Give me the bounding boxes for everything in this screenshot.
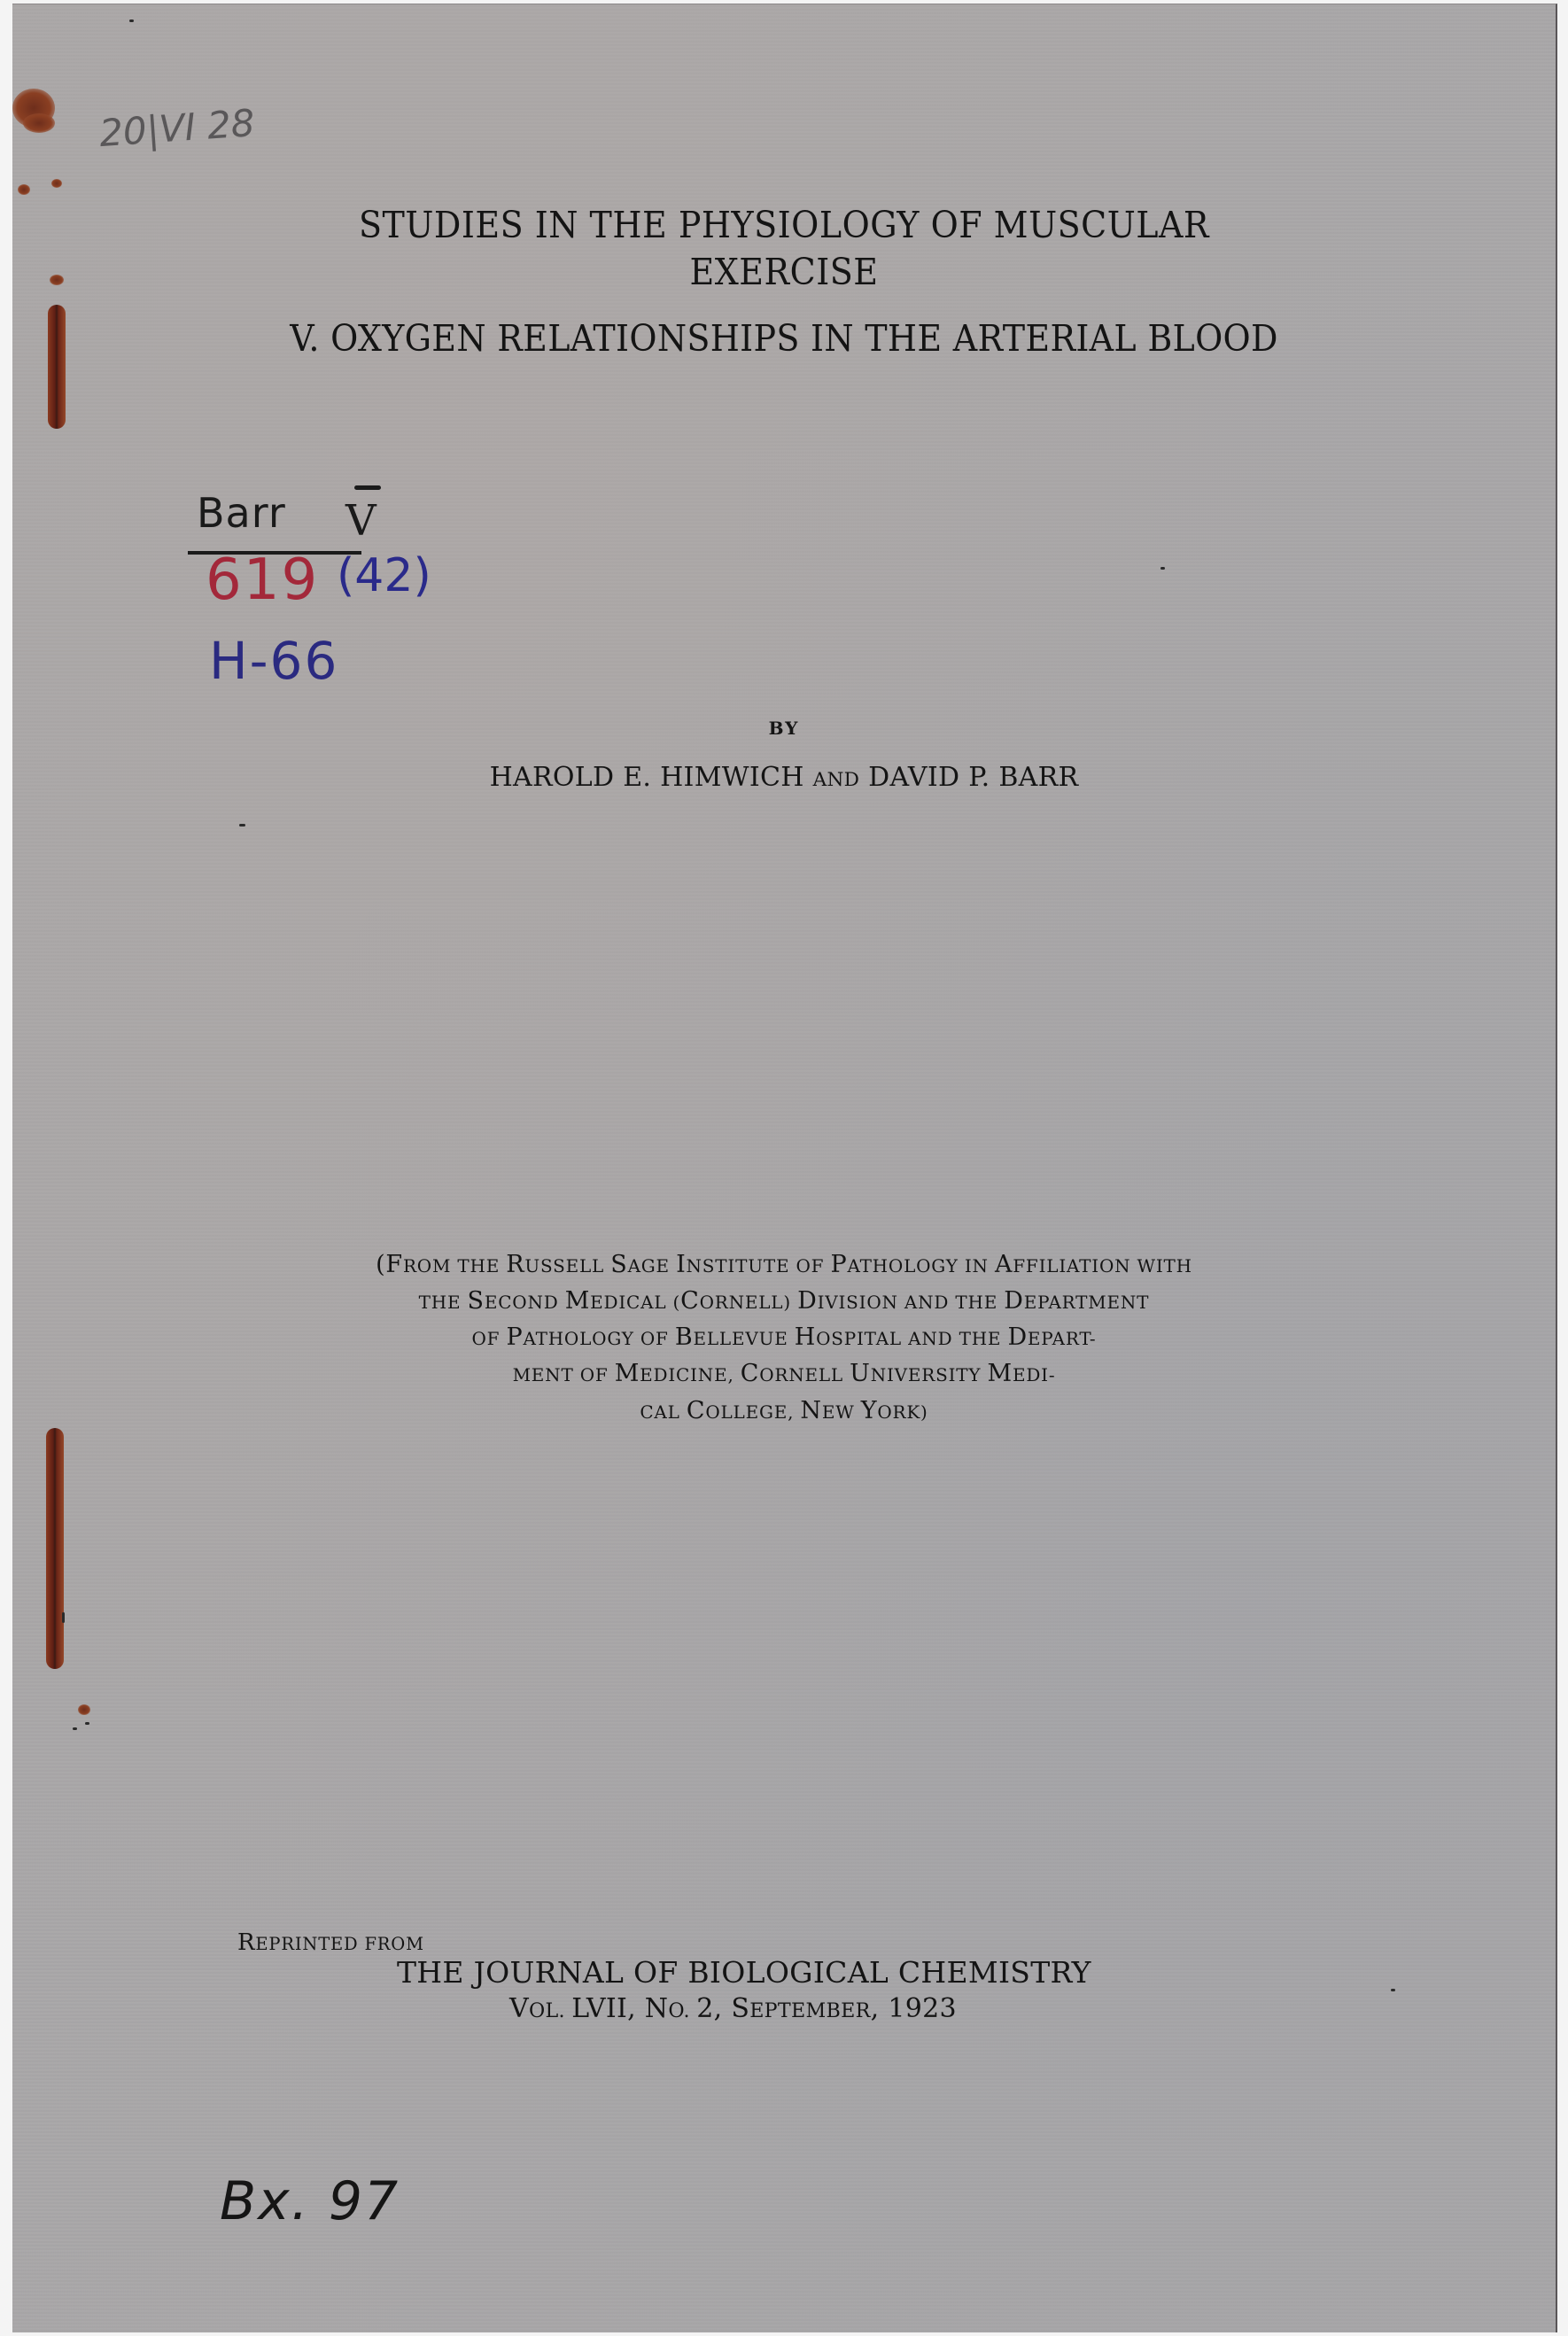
rust-stain <box>51 179 62 188</box>
speck <box>62 1612 65 1623</box>
class-number: 619 <box>206 547 319 613</box>
rusted-staple <box>46 1428 64 1669</box>
box-number-annotation: Bx. 97 <box>220 2170 400 2232</box>
rust-stain <box>23 113 55 133</box>
affiliation-line: THE SECOND MEDICAL (CORNELL) DIVISION AN… <box>0 1287 1568 1315</box>
reprinted-from-label: REPRINTED FROM <box>237 1929 424 1956</box>
class-subdivision-annotation: (42) <box>337 549 431 602</box>
author-1: HAROLD E. HIMWICH <box>490 762 804 793</box>
speck <box>1391 1989 1395 1991</box>
title-line-1: STUDIES IN THE PHYSIOLOGY OF MUSCULAR <box>0 204 1568 246</box>
authors: HAROLD E. HIMWICH AND DAVID P. BARR <box>0 762 1568 793</box>
rust-stain <box>18 184 30 195</box>
class-number-annotation: 619 <box>206 547 319 613</box>
affiliation-line: MENT OF MEDICINE, CORNELL UNIVERSITY MED… <box>0 1360 1568 1387</box>
title-line-2: EXERCISE <box>0 251 1568 293</box>
speck <box>85 1722 89 1725</box>
speck <box>1160 567 1165 570</box>
cutter-number-annotation: H-66 <box>209 631 338 691</box>
journal-name: THE JOURNAL OF BIOLOGICAL CHEMISTRY <box>397 1955 1091 1990</box>
author-2: DAVID P. BARR <box>868 762 1078 793</box>
shelf-roman-numeral: V <box>345 496 376 546</box>
affiliation-line: CAL COLLEGE, NEW YORK) <box>0 1397 1568 1424</box>
speck <box>129 19 134 22</box>
journal-volume-issue: VOL. LVII, NO. 2, SEPTEMBER, 1923 <box>509 1993 957 2024</box>
shelf-name-annotation: Barr <box>197 489 286 537</box>
speck <box>239 824 245 827</box>
byline-label: BY <box>0 718 1568 739</box>
rust-stain <box>78 1704 90 1715</box>
subtitle: V. OXYGEN RELATIONSHIPS IN THE ARTERIAL … <box>0 317 1568 360</box>
affiliation-line: (FROM THE RUSSELL SAGE INSTITUTE OF PATH… <box>0 1251 1568 1278</box>
roman-overline <box>354 485 381 490</box>
affiliation-line: OF PATHOLOGY OF BELLEVUE HOSPITAL AND TH… <box>0 1323 1568 1351</box>
speck <box>73 1727 77 1730</box>
author-conjunction: AND <box>813 769 860 791</box>
